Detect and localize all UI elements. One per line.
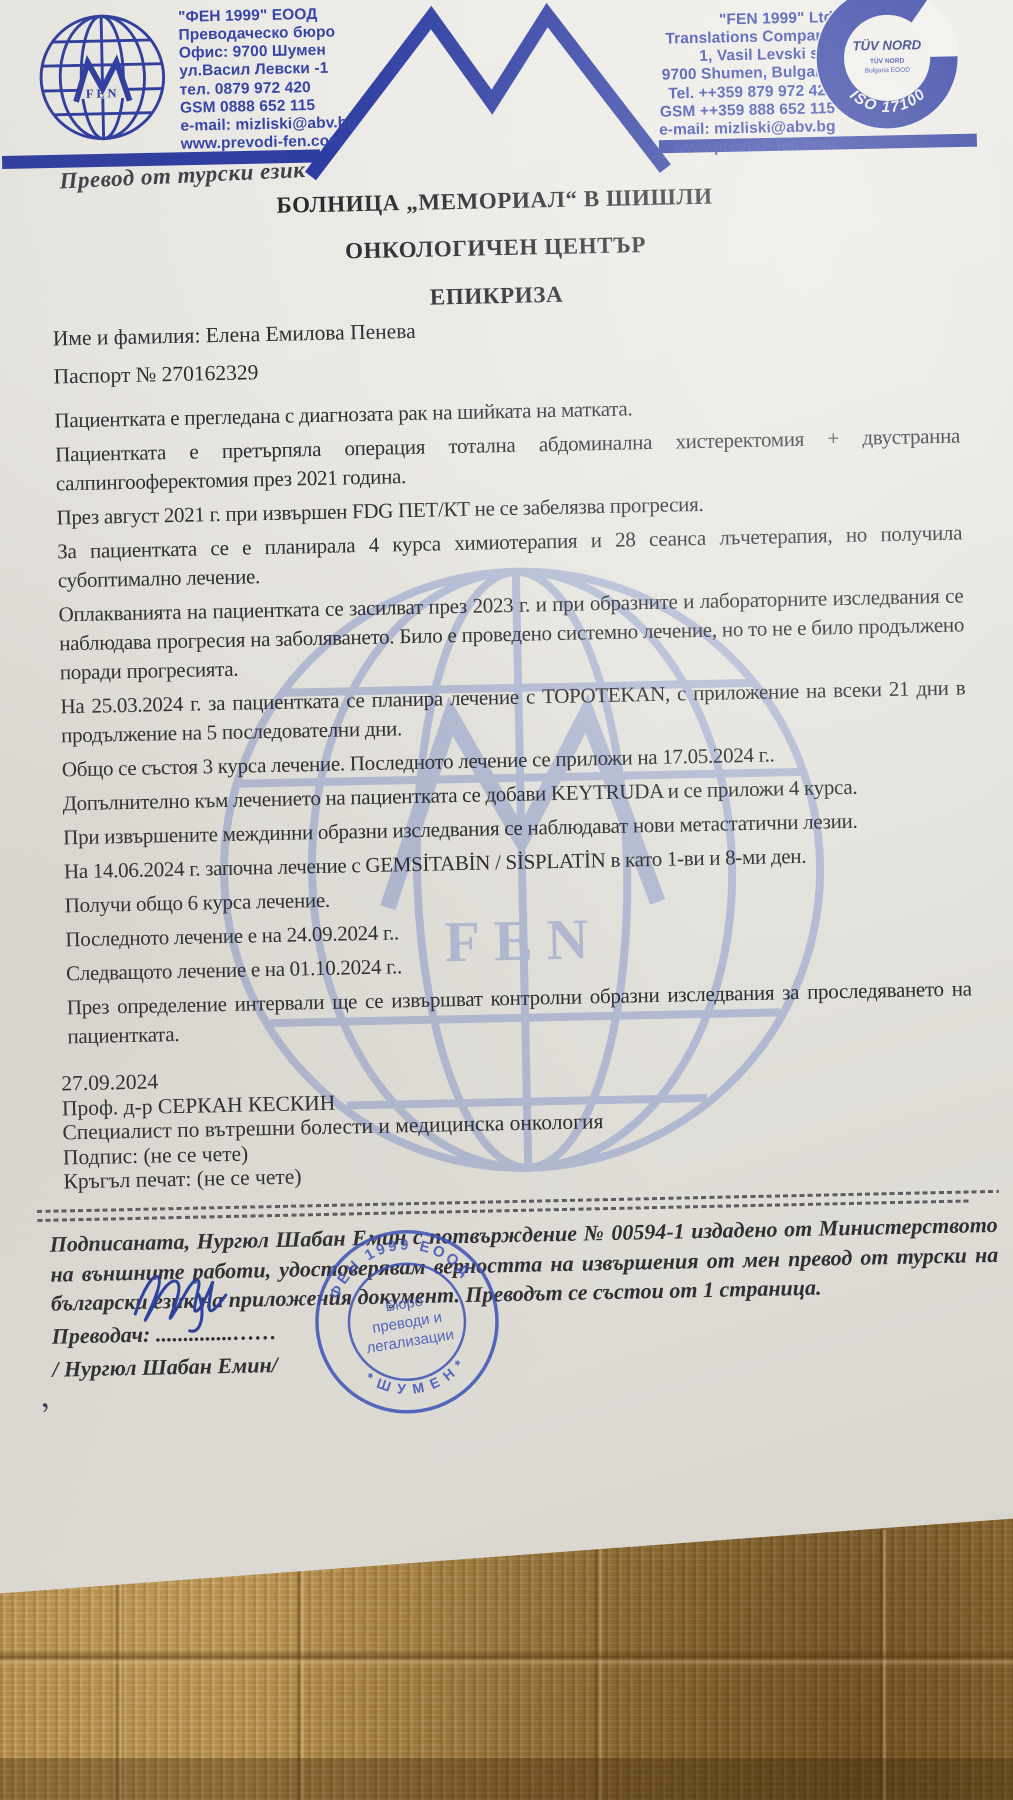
tuv-nord-iso-badge-icon: TÜV NORD TÜV NORD Bulgaria EOOD ISO 1710… xyxy=(810,0,965,136)
paper-sheet: FEN xyxy=(0,0,1013,1606)
fabric-shadow-band xyxy=(0,1758,1013,1800)
title-document-type: ЕПИКРИЗА xyxy=(0,273,1003,320)
fabric-seam-horizontal xyxy=(0,1650,1013,1666)
handwritten-comma: , xyxy=(35,1377,52,1416)
paragraph: През определение интервали ще се извършв… xyxy=(67,974,973,1051)
company-stamp-en: "FEN 1999" Ltd Translations Company 1, V… xyxy=(537,9,836,160)
handwritten-signature-icon xyxy=(128,1260,250,1342)
signoff-block: 27.09.2024 Проф. д-р СЕРКАН КЕСКИН Специ… xyxy=(61,1060,604,1194)
photo-of-document: FEN xyxy=(0,0,1013,1800)
svg-text:FEN: FEN xyxy=(86,86,120,101)
body-text: Пациентката е прегледана с диагнозата ра… xyxy=(54,388,972,1057)
company-stamp-bg: FEN "ФЕН 1999" ЕООД Преводаческо бюро Оф… xyxy=(34,5,357,157)
svg-text:Bulgaria EOOD: Bulgaria EOOD xyxy=(865,67,911,75)
paragraph: Оплакванията на пациентката се засилват … xyxy=(58,581,965,687)
document: FEN xyxy=(0,0,1013,1606)
globe-logo-icon: FEN xyxy=(34,9,171,146)
round-office-stamp-icon: ФЕН 1999 ЕООД * Ш У М Е Н * Бюро преводи… xyxy=(295,1210,519,1434)
svg-text:TÜV NORD: TÜV NORD xyxy=(852,37,922,53)
patient-name-line: Име и фамилия: Елена Емилова Пенева xyxy=(53,319,416,352)
stamp-line: www.prevodi-fen.com xyxy=(181,132,358,154)
company-stamp-bg-text: "ФЕН 1999" ЕООД Преводаческо бюро Офис: … xyxy=(178,5,357,154)
passport-line: Паспорт № 270162329 xyxy=(53,360,258,389)
title-department: ОНКОЛОГИЧЕН ЦЕНТЪР xyxy=(0,225,1002,272)
